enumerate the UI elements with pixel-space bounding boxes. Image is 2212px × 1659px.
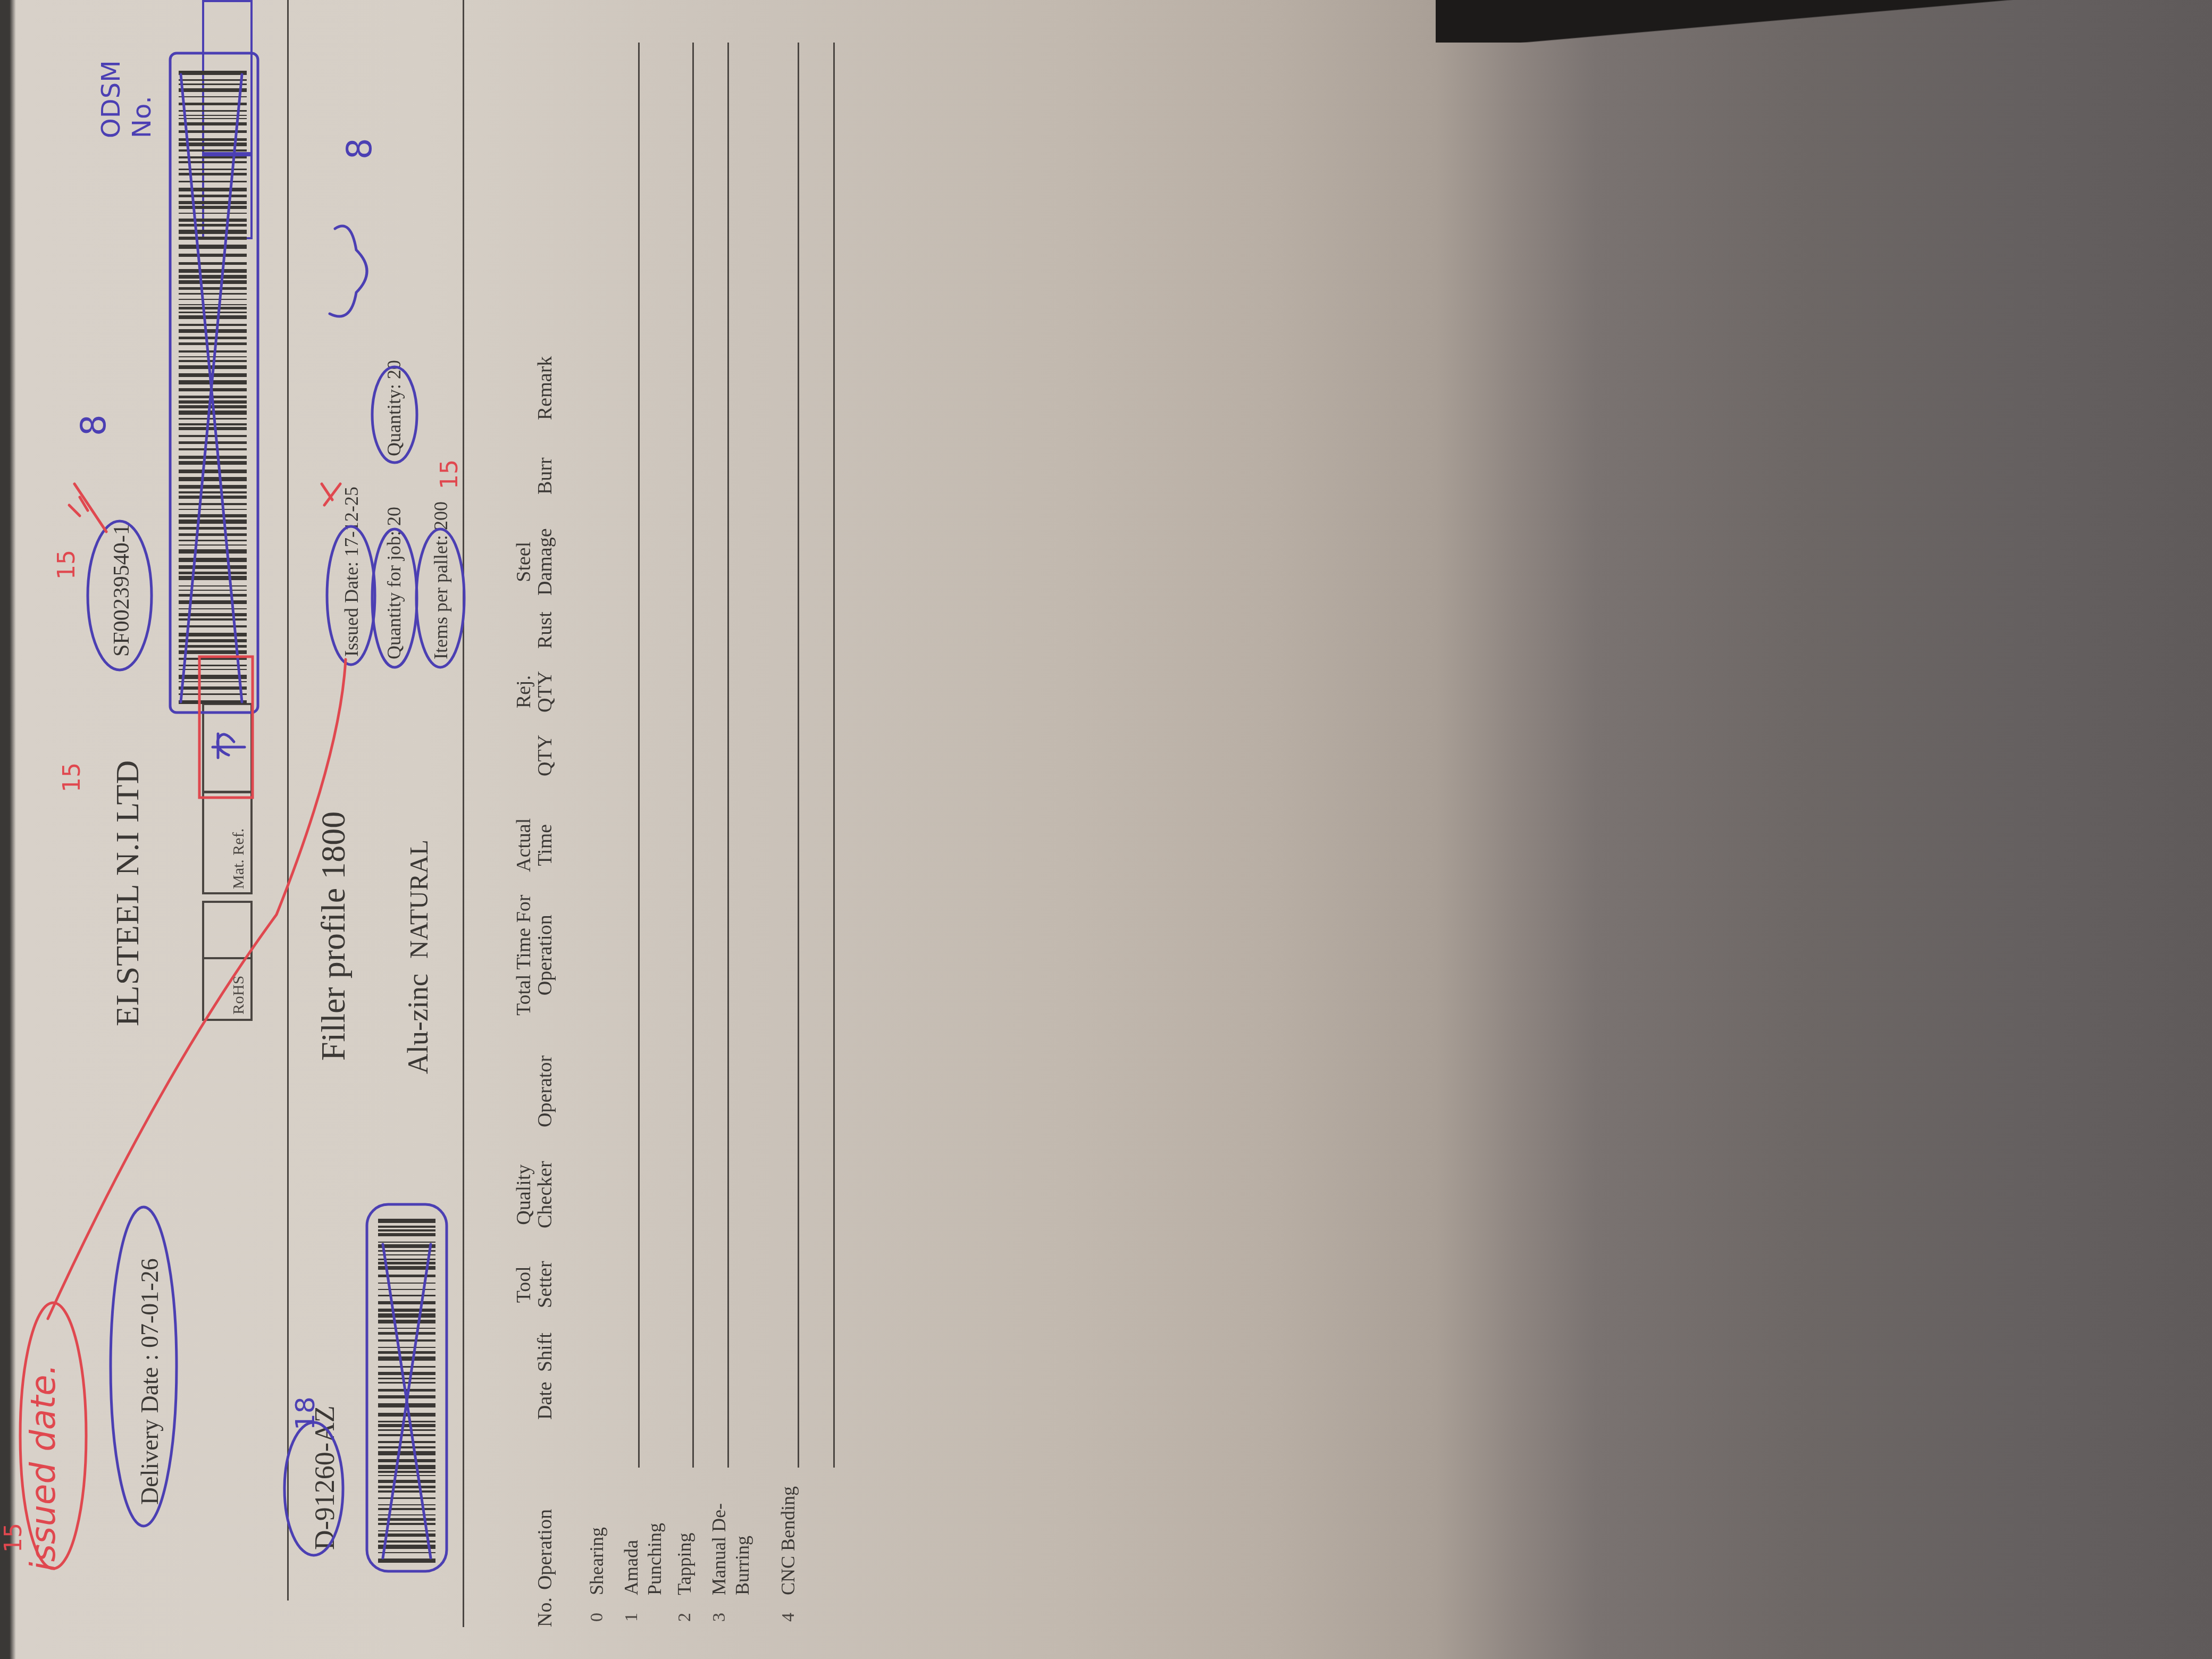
annotation-mark: 15 [0, 1523, 27, 1553]
job-card-page: Delivery Date : 07-01-26 ELSTEEL N.I LTD… [0, 0, 904, 1659]
part-barcode [375, 1218, 439, 1566]
table-row-operation: CNC Bending [776, 1486, 800, 1595]
table-header-operation: Operation [534, 1509, 556, 1590]
delivery-date: Delivery Date : 07-01-26 [136, 1258, 164, 1505]
table-header-actual-time: Actual Time [513, 818, 556, 872]
table-header-quality-checker: Quality Checker [513, 1161, 556, 1228]
issued-date: Issued Date: 17-12-25 [340, 487, 363, 657]
table-row-number: 3 [709, 1613, 730, 1622]
annotation-mark: 15 [58, 763, 86, 792]
table-row-rule [692, 43, 694, 1468]
annotation-mark: 8 [74, 414, 114, 436]
table-header-qty: QTY [534, 735, 556, 776]
table-header-rust: Rust [534, 611, 556, 649]
table-header-date: Date [534, 1381, 556, 1420]
table-row-operation: Tapping [673, 1533, 696, 1595]
table-row-rule [638, 43, 640, 1468]
table-row-operation: Amada Punching [619, 1523, 666, 1595]
table-row-number: 0 [587, 1613, 607, 1622]
job-barcode [175, 64, 250, 707]
table-header-steel-damage: Steel Damage [513, 528, 556, 596]
table-header-no: No. [534, 1597, 556, 1627]
table-header-burr: Burr [534, 457, 556, 495]
items-per-pallet: Items per pallet: 200 [430, 501, 452, 659]
finish: NATURAL [405, 840, 433, 959]
table-row-operation: Shearing [585, 1527, 608, 1595]
annotation-odsm-no: ODSM No. [96, 60, 157, 138]
quantity: Quantity: 20 [383, 360, 405, 456]
rohs-label: RoHS [230, 976, 248, 1015]
table-row-number: 1 [622, 1613, 642, 1622]
rohs-value-box [202, 901, 253, 959]
table-row-operation: Manual De- Burring [707, 1503, 754, 1595]
material-line: Alu-zincNATURAL [401, 840, 434, 1074]
table-header-remark: Remark [534, 356, 556, 420]
table-row-rule [798, 43, 799, 1468]
table-top-rule [463, 0, 464, 1627]
table-row-rule [833, 43, 835, 1468]
material: Alu-zinc [402, 974, 434, 1074]
table-row-rule [727, 43, 729, 1468]
annotation-mark: 15 [436, 459, 463, 489]
annotation-issued-date: issued date. [24, 1364, 63, 1571]
job-number: SF00239540-1 [109, 524, 135, 657]
table-header-operator: Operator [534, 1055, 556, 1127]
annotation-mark: 8 [340, 138, 380, 160]
annotation-mark: 18 [290, 1396, 321, 1430]
company-name: ELSTEEL N.I LTD [109, 760, 147, 1026]
table-header-shift: Shift [534, 1333, 556, 1372]
product-name: Filler profile 1800 [314, 811, 353, 1061]
header-rule [287, 0, 289, 1601]
mat-ref-label: Mat. Ref. [230, 828, 248, 889]
table-header-rej-qty: Rej. QTY [513, 671, 556, 713]
table-header-total-time: Total Time For Operation [513, 895, 556, 1016]
table-row-number: 2 [675, 1613, 695, 1622]
annotation-mark: 15 [53, 550, 80, 580]
quantity-for-job: Quantity for job: 20 [383, 507, 405, 659]
mat-ref-value-box [202, 703, 253, 793]
table-row-number: 4 [778, 1613, 799, 1622]
table-header-tool-setter: Tool Setter [513, 1261, 556, 1308]
